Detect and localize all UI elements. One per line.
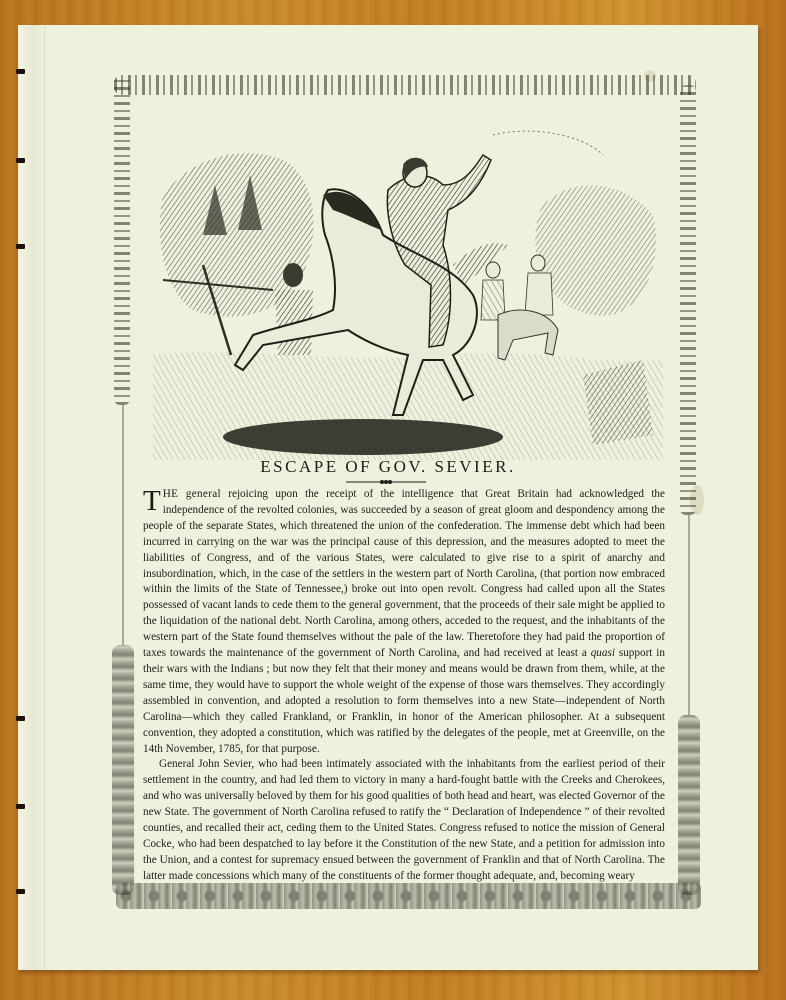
ornamental-border-top <box>114 75 696 95</box>
horse-rider-engraving-icon <box>153 115 663 460</box>
paragraph-1: THE general rejoicing upon the receipt o… <box>143 487 665 757</box>
binding-stitch <box>16 69 25 74</box>
paragraph-2: General John Sevier, who had been intima… <box>143 757 665 884</box>
ornamental-border-right-vine <box>680 85 696 515</box>
title-ornament-rule-icon <box>346 478 426 486</box>
binding-stitch <box>16 158 25 163</box>
binding-stitch <box>16 804 25 809</box>
ornamental-border-left-column <box>112 645 134 895</box>
ornamental-border-bottom <box>116 883 701 909</box>
page-gutter <box>18 25 45 970</box>
article-body: THE general rejoicing upon the receipt o… <box>143 487 665 885</box>
ornamental-border-right-column <box>678 715 700 895</box>
drop-cap: T <box>143 488 161 514</box>
engraving-illustration <box>153 115 663 460</box>
binding-stitch <box>16 889 25 894</box>
binding-stitch <box>16 716 25 721</box>
binding-stitch <box>16 244 25 249</box>
italic-word: quasi <box>591 647 615 659</box>
paragraph-1-text: rejoicing upon the receipt of the intell… <box>143 488 665 659</box>
ornamental-border-left-vine <box>114 75 130 405</box>
opening-words: HE general <box>163 488 221 500</box>
ornamental-border-left-stem <box>122 405 124 645</box>
book-page: ESCAPE OF GOV. SEVIER. THE general rejoi… <box>18 25 758 970</box>
paragraph-1-text-continued: support in their wars with the Indians ;… <box>143 647 665 754</box>
article-title: ESCAPE OF GOV. SEVIER. <box>18 457 758 477</box>
ornamental-border-right-stem <box>688 515 690 715</box>
